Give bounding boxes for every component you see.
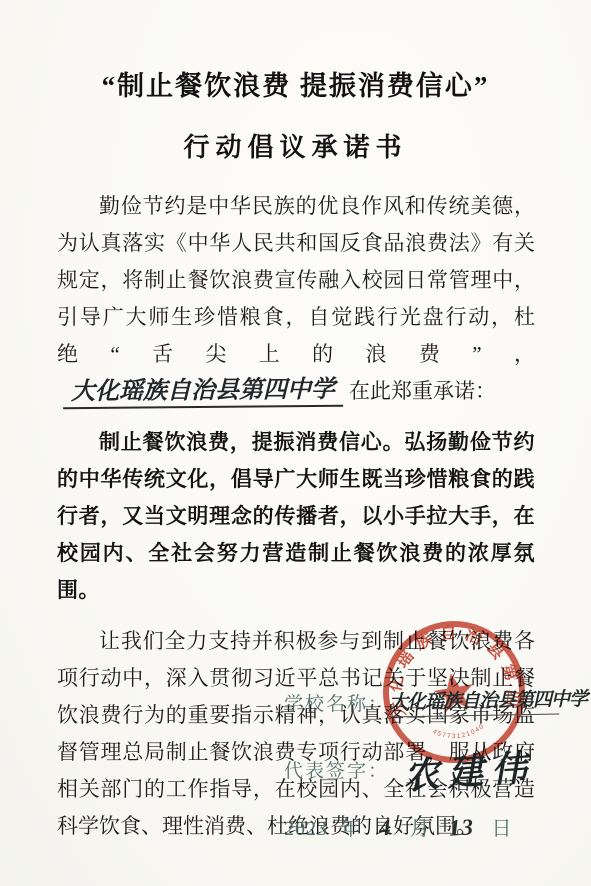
school-name-label: 学校名称： (284, 689, 389, 716)
school-name-handwritten-inline: 大化瑶族自治县第四中学 (63, 375, 343, 409)
date-month-unit: 月 (410, 818, 431, 840)
paragraph-1-after: 在此郑重承诺： (349, 379, 496, 403)
school-name-handwritten-signature: 大化瑶族自治县第四中学 (389, 685, 559, 718)
paragraph-2: 制止餐饮浪费，提振消费信心。弘扬勤俭节约的中华传统文化，倡导广大师生既当珍惜粮食… (57, 424, 535, 609)
date-year-unit: 年 (340, 818, 361, 840)
paragraph-1-text: 勤俭节约是中华民族的优良作风和传统美德，为认真落实《中华人民共和国反食品浪费法》… (57, 194, 535, 366)
document-page: “制止餐饮浪费 提振消费信心” 行动倡议承诺书 勤俭节约是中华民族的优良作风和传… (0, 0, 591, 886)
representative-signature-row: 代表签字： 农建伟 (284, 744, 535, 795)
title-block: “制止餐饮浪费 提振消费信心” 行动倡议承诺书 (0, 64, 591, 164)
date-row: 2023 年 4 月 13 日 (284, 812, 519, 841)
date-month-handwritten: 4 (378, 815, 392, 842)
representative-signature-handwritten: 农建伟 (401, 739, 536, 799)
date-day-unit: 日 (492, 818, 513, 840)
paragraph-1: 勤俭节约是中华民族的优良作风和传统美德，为认真落实《中华人民共和国反食品浪费法》… (57, 188, 535, 410)
seal-serial-container: 45773121040 (430, 719, 487, 744)
document-title-line2: 行动倡议承诺书 (0, 127, 591, 164)
school-name-row: 学校名称： 大化瑶族自治县第四中学 (284, 686, 559, 716)
date-day-handwritten: 13 (448, 814, 474, 841)
seal-serial-number: 45773121040 (430, 719, 487, 744)
date-year: 2023 (284, 818, 328, 840)
document-title-line1: “制止餐饮浪费 提振消费信心” (0, 64, 591, 103)
representative-signature-label: 代表签字： (284, 756, 389, 783)
